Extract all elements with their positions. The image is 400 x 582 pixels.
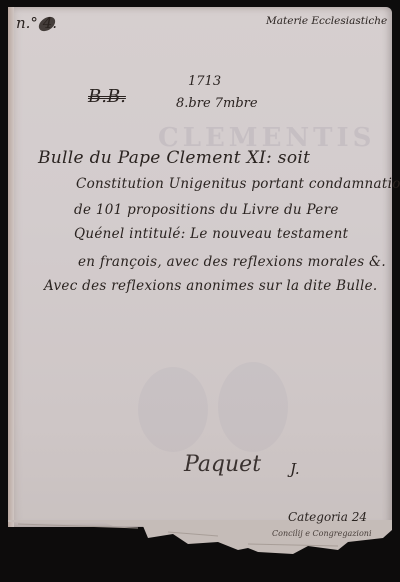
signature: Paquet <box>184 452 261 477</box>
body-line-6: Avec des reflexions anonimes sur la dite… <box>44 278 377 294</box>
body-line-1: Bulle du Pape Clement XI: soit <box>38 148 310 168</box>
category-header: Materie Ecclesiastiche <box>266 15 387 27</box>
body-line-3: de 101 propositions du Livre du Pere <box>74 202 339 218</box>
body-line-2: Constitution Unigenitus portant condamna… <box>76 176 400 192</box>
struck-mark: B.B. <box>88 86 126 107</box>
date: 8.bre 7mbre <box>176 96 258 111</box>
footer-category: Categoria 24 <box>288 510 367 524</box>
ghost-seal-left <box>138 367 208 452</box>
body-line-4: Quénel intitulé: Le nouveau testament <box>74 226 348 242</box>
signature-suffix: J. <box>290 460 300 478</box>
torn-bottom-edge <box>8 520 392 565</box>
footer-subnote: Concilij e Congregazioni <box>272 529 372 538</box>
body-line-5: en françois, avec des reflexions morales… <box>78 254 386 270</box>
year: 1713 <box>188 74 221 89</box>
ghost-seal-right <box>218 362 288 452</box>
